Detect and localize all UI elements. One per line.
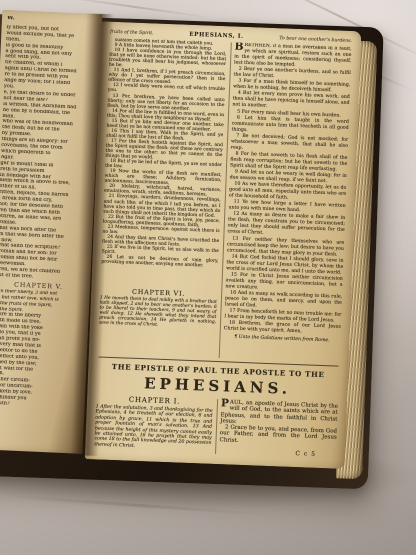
running-head-center: EPHESIANS, I. xyxy=(189,32,243,40)
ephesians-columns: CHAPTER I. 1 After the salutation, 3 and… xyxy=(94,394,338,458)
chapter-i-summary: 1 After the salutation, 3 and thanksgivi… xyxy=(94,404,213,452)
drop-cap-p: P xyxy=(221,399,230,408)
running-head-right: To bear one another's burdens. xyxy=(279,36,352,44)
printer-signature-mark: C c 5 xyxy=(219,447,316,458)
verse: 2 Grace be to you, and peace, from God o… xyxy=(219,424,337,447)
column-ephesians-1-text: PAUL, an apostle of Jesus Christ by the … xyxy=(219,399,338,459)
running-head-left: fruits of the Spirit. xyxy=(110,30,154,37)
galatians-6-verse-list: 2 Bear ye one another's burdens, and so … xyxy=(224,67,351,337)
galatians-5-verses: suasion cometh not of him that calleth y… xyxy=(100,38,226,288)
open-book: W. ly affect you, but notwould exclude y… xyxy=(0,0,400,492)
column-chapter-1-summary: CHAPTER I. 1 After the salutation, 3 and… xyxy=(94,394,213,454)
photo-of-open-bible: W. ly affect you, but notwould exclude y… xyxy=(0,0,416,555)
galatians-columns: suasion cometh not of him that calleth y… xyxy=(98,38,352,363)
galatians-6-verses: BRETHREN, if a man be overtaken in a fau… xyxy=(223,42,351,345)
left-page-column-fragments-2: efore in the libertyhath made us free,ag… xyxy=(0,312,81,410)
chapter-vi-summary: 1 He moveth them to deal mildly with a b… xyxy=(99,295,217,329)
left-page-running-head-fragment: W. xyxy=(7,16,94,26)
chapter-v-summary-fragments: d in their liberty, 3 and not13 but rath… xyxy=(0,289,82,317)
right-page-ephesians-start: fruits of the Spirit. EPHESIANS, I. To b… xyxy=(85,21,362,469)
column-galatians-5: suasion cometh not of him that calleth y… xyxy=(98,38,227,358)
verse-text: RETHREN, if a man be overtaken in a faul… xyxy=(234,43,352,68)
ephesians-1-verses: PAUL, an apostle of Jesus Christ by the … xyxy=(219,399,338,448)
verse-text: AUL, an apostle of Jesus Christ by the w… xyxy=(220,400,338,425)
drop-cap-b: B xyxy=(234,42,244,51)
column-galatians-6: BRETHREN, if a man be overtaken in a fau… xyxy=(223,42,352,362)
